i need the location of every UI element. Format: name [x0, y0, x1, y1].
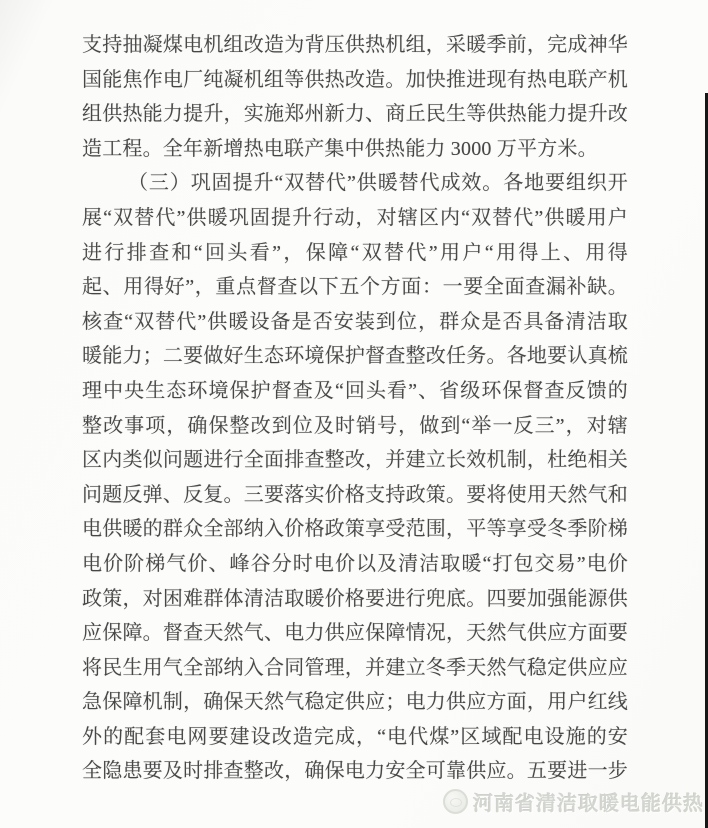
document-page: 支持抽凝煤电机组改造为背压供热机组，采暖季前，完成神华国能焦作电厂纯凝机组等供热…: [0, 0, 708, 828]
text-line: 电价阶梯气价、峰谷分时电价以及清洁取暖“打包交易”电价: [82, 547, 628, 582]
text-line: 应保障。督查天然气、电力供应保障情况，天然气供应方面要: [82, 616, 628, 651]
watermark-label: 河南省清洁取暖电能供热: [473, 787, 704, 816]
round-logo-icon: [443, 789, 468, 814]
text-line: 问题反弹、反复。三要落实价格支持政策。要将使用天然气和: [82, 478, 628, 513]
text-line: 外的配套电网要建设改造完成，“电代煤”区域配电设施的安: [82, 720, 628, 755]
watermark: 河南省清洁取暖电能供热: [443, 787, 704, 816]
text-line: 国能焦作电厂纯凝机组等供热改造。加快推进现有热电联产机: [82, 63, 628, 98]
text-line: 将民生用气全部纳入合同管理，并建立冬季天然气稳定供应应: [82, 651, 628, 686]
text-line: 组供热能力提升，实施郑州新力、商丘民生等供热能力提升改: [82, 97, 628, 132]
text-line: 电供暖的群众全部纳入价格政策享受范围，平等享受冬季阶梯: [82, 512, 628, 547]
text-line: 展“双替代”供暖巩固提升行动，对辖区内“双替代”供暖用户: [82, 201, 628, 236]
text-line: 理中央生态环境保护督查及“回头看”、省级环保督查反馈的: [82, 374, 628, 409]
text-line: 政策，对困难群体清洁取暖价格要进行兜底。四要加强能源供: [82, 582, 628, 617]
text-line: 急保障机制，确保天然气稳定供应；电力供应方面，用户红线: [82, 685, 628, 720]
text-line: 区内类似问题进行全面排查整改，并建立长效机制，杜绝相关: [82, 443, 628, 478]
text-line: 支持抽凝煤电机组改造为背压供热机组，采暖季前，完成神华: [82, 28, 628, 63]
text-line: 暖能力；二要做好生态环境保护督查整改任务。各地要认真梳: [82, 339, 628, 374]
text-line: 核查“双替代”供暖设备是否安装到位，群众是否具备清洁取: [82, 305, 628, 340]
text-line: 起、用得好”，重点督查以下五个方面：一要全面查漏补缺。: [82, 270, 628, 305]
text-line: 造工程。全年新增热电联产集中供热能力 3000 万平方米。: [82, 132, 628, 167]
text-line: （三）巩固提升“双替代”供暖替代成效。各地要组织开: [82, 166, 628, 201]
text-line: 全隐患要及时排查整改，确保电力安全可靠供应。五要进一步: [82, 754, 628, 789]
document-text-block: 支持抽凝煤电机组改造为背压供热机组，采暖季前，完成神华国能焦作电厂纯凝机组等供热…: [82, 28, 628, 789]
text-line: 进行排查和“回头看”，保障“双替代”用户“用得上、用得: [82, 236, 628, 271]
text-line: 整改事项，确保整改到位及时销号，做到“举一反三”，对辖: [82, 409, 628, 444]
